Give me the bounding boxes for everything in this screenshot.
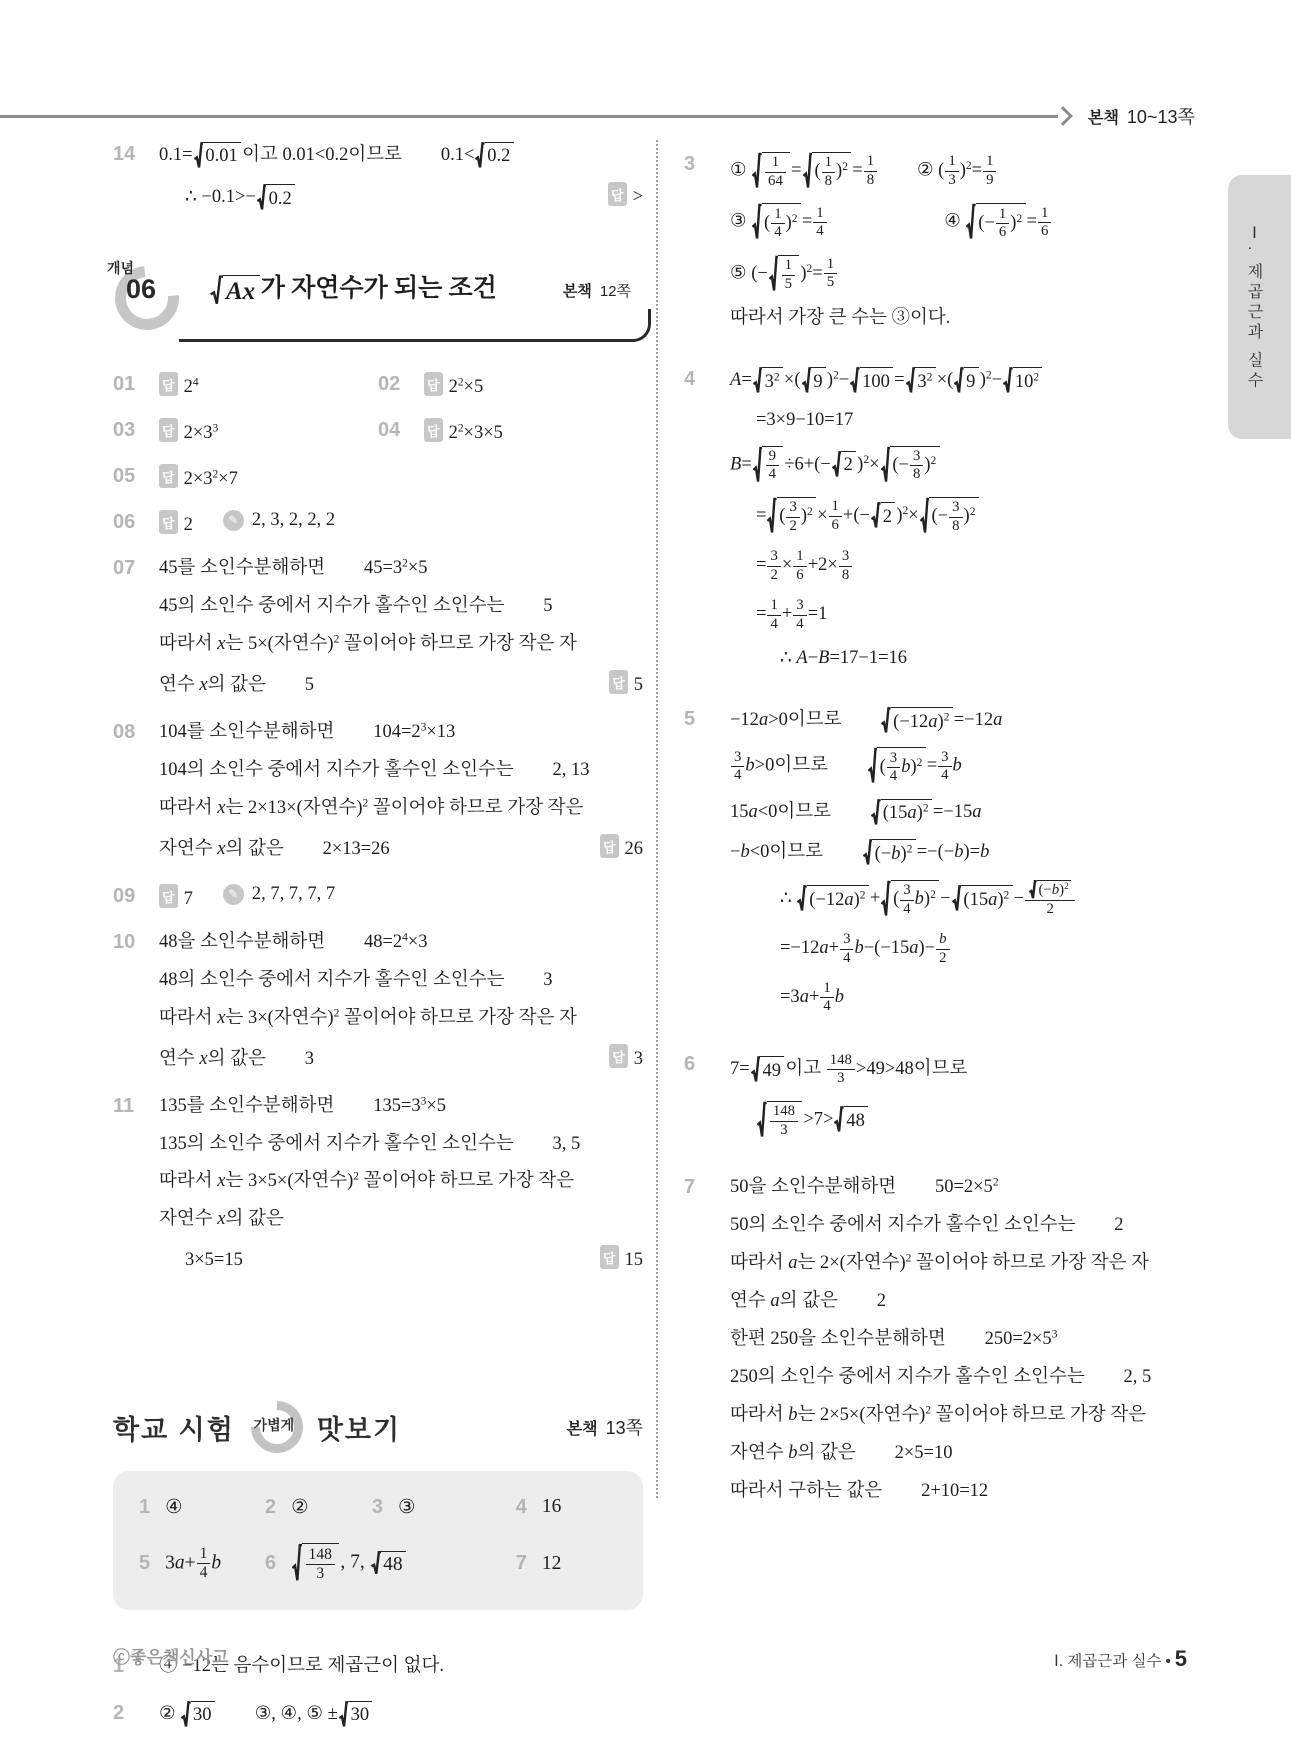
sqrt-expression: Ax [210, 275, 260, 306]
fraction: 38 [948, 499, 963, 535]
answer-value: > [633, 187, 643, 207]
radical-icon [920, 497, 930, 535]
solution-text: 250의 소인수 중에서 지수가 홀수인 소인수는2, 5 [730, 1365, 1151, 1390]
answer: 답5 [597, 670, 643, 698]
answer-badge: 답 [159, 464, 178, 488]
problem-number: 09 [113, 884, 159, 910]
vinculum: (15a)2 [961, 885, 1012, 912]
problem-7: 750을 소인수분해하면50=2×5250의 소인수 중에서 지수가 홀수인 소… [684, 1175, 1214, 1504]
fraction: 34 [899, 882, 914, 918]
short-answer-05: 05답2×32×7 [113, 464, 378, 490]
solution-body: ④ −12는 음수이므로 제곱근이 없다. [159, 1654, 643, 1679]
answer-badge: 답 [159, 884, 178, 908]
solution-line: 50의 소인수 중에서 지수가 홀수인 소인수는2 [730, 1213, 1214, 1238]
solution-line: 45의 소인수 중에서 지수가 홀수인 소인수는5 [159, 594, 643, 619]
sqrt-expression: 102 [1003, 367, 1042, 394]
radical-icon [753, 367, 763, 394]
concept-badge: 개념 06 [111, 260, 179, 328]
quick-answer-6: 61483, 7, 48 [265, 1543, 516, 1583]
quick-answer-value: 16 [542, 1496, 562, 1518]
answer-book-page: 본책 10~13쪽 Ⅰ. 제곱근과 실수 140.1=0.01이고 0.01<0… [0, 0, 1291, 1746]
radical-icon [753, 446, 763, 484]
answer-value: 26 [625, 839, 644, 859]
fraction: 14 [812, 205, 827, 241]
fraction: 16 [828, 498, 843, 534]
footer-section: Ⅰ. 제곱근과 실수 [1054, 1653, 1161, 1670]
problem-number: 7 [684, 1175, 730, 1504]
solution-line: ① 164=(18)2=18② (13)2=19 [730, 152, 1214, 190]
concept-title: Ax가 자연수가 되는 조건 [209, 268, 497, 306]
problem-number: 03 [113, 418, 159, 444]
radical-icon [797, 885, 807, 912]
vinculum: (18)2 [812, 152, 851, 190]
solution-text: 자연수 x의 값은2×13=26 [159, 837, 390, 862]
sqrt-expression: 9 [954, 367, 978, 394]
problem-number: 5 [139, 1552, 150, 1575]
quick-answer-box: 1④2②3③416 53a+14b61483, 7, 48712 [113, 1471, 643, 1609]
solution-line: 50을 소인수분해하면50=2×52 [730, 1175, 1214, 1200]
radical-icon [802, 367, 812, 394]
solution-text: 따라서 가장 큰 수는 ③이다. [730, 306, 950, 331]
problem-number: 10 [113, 930, 159, 1072]
problem-number: 7 [516, 1552, 527, 1575]
solution-line: ∴ −0.1>−0.2답> [159, 182, 643, 211]
solution-text: 48의 소인수 중에서 지수가 홀수인 소인수는3 [159, 968, 553, 993]
problem-number: 14 [113, 142, 159, 212]
answer: 답> [596, 182, 643, 210]
solution-text: 104의 소인수 중에서 지수가 홀수인 소인수는2, 13 [159, 758, 590, 783]
solution-text: B=94÷6+(−2)2×(−38)2 [730, 446, 941, 484]
radical-icon [181, 1701, 191, 1728]
answer-badge: 답 [159, 418, 178, 442]
sqrt-expression: 15 [769, 255, 800, 293]
vinculum: (15a)2 [881, 799, 932, 826]
radical-icon [832, 451, 842, 478]
problem-number: 4 [684, 367, 730, 671]
radical-icon [881, 880, 891, 918]
answer-badge: 답 [600, 834, 619, 858]
fraction: 164 [764, 154, 787, 190]
solution-line: 따라서 x는 2×13×(자연수)2 꼴이어야 하므로 가장 작은 [159, 796, 643, 821]
solution-line: 48의 소인수 중에서 지수가 홀수인 소인수는3 [159, 968, 643, 993]
problem-number: 2 [265, 1496, 276, 1519]
sqrt-expression: 9 [802, 367, 826, 394]
solution-body: 104를 소인수분해하면104=23×13104의 소인수 중에서 지수가 홀수… [159, 720, 643, 862]
footer-bullet: • [1165, 1653, 1170, 1670]
solution-line: 따라서 x는 3×(자연수)2 꼴이어야 하므로 가장 작은 자 [159, 1006, 643, 1031]
solution-line: =(32)2×16+(−2)2×(−38)2 [730, 497, 1214, 535]
solution-line: 따라서 x는 3×5×(자연수)2 꼴이어야 하므로 가장 작은 [159, 1169, 643, 1194]
radical-icon [834, 1106, 844, 1133]
short-answer-row: 06답2✎2, 3, 2, 2, 2 [113, 510, 643, 536]
fraction: (−b)22 [1024, 880, 1076, 918]
solution-text: 따라서 a는 2×(자연수)2 꼴이어야 하므로 가장 작은 자 [730, 1251, 1149, 1276]
solution-line: 3×5=15답15 [159, 1245, 643, 1273]
school-exam-page-ref: 본책 13쪽 [567, 1414, 643, 1440]
radical-icon [371, 1551, 381, 1576]
quick-answer-value: ② [291, 1495, 308, 1519]
solution-text: 연수 a의 값은2 [730, 1289, 886, 1314]
quick-answer-row: 1④2②3③416 [139, 1495, 617, 1519]
radical-icon [871, 799, 881, 826]
problem-3: 3① 164=(18)2=18② (13)2=19③ (14)2=14④ (−1… [684, 152, 1214, 331]
quick-answer-value: 1483, 7, 48 [291, 1543, 407, 1583]
problem-number: 2 [113, 1701, 159, 1728]
vinculum: 100 [860, 367, 893, 394]
answer-badge: 답 [424, 372, 443, 396]
problem-11: 11135를 소인수분해하면135=33×5135의 소인수 중에서 지수가 홀… [113, 1094, 643, 1274]
right-solutions-list: 3① 164=(18)2=18② (13)2=19③ (14)2=14④ (−1… [684, 152, 1214, 1504]
radical-icon [1029, 880, 1037, 900]
problem-number: 6 [265, 1552, 276, 1575]
concept-header-rule [179, 309, 651, 342]
solution-text: 45를 소인수분해하면45=32×5 [159, 556, 428, 581]
solution-text: 135의 소인수 중에서 지수가 홀수인 소인수는3, 5 [159, 1132, 580, 1157]
sqrt-expression: 164 [752, 152, 790, 190]
sqrt-expression: 32 [753, 367, 783, 394]
radical-icon [769, 255, 779, 293]
radical-icon [966, 203, 976, 241]
fraction: 18 [821, 154, 836, 190]
solution-line: 15a<0이므로(15a)2=−15a [730, 799, 1214, 826]
solution-text: ∴ (−12a)2+(34b)2−(15a)2−(−b)22 [780, 880, 1076, 918]
vinculum: (−16)2 [976, 203, 1025, 241]
solution-line: ④ −12는 음수이므로 제곱근이 없다. [159, 1654, 643, 1679]
solution-line: 따라서 구하는 값은2+10=12 [730, 1479, 1214, 1504]
fraction: 34 [792, 597, 807, 633]
solution-text: ② 30③, ④, ⑤ ±30 [159, 1701, 373, 1728]
problem-14: 140.1=0.01이고 0.01<0.2이므로0.1<0.2∴ −0.1>−0… [113, 142, 643, 212]
solution-line: 따라서 가장 큰 수는 ③이다. [730, 306, 1214, 331]
radical-icon [868, 747, 878, 785]
solution-line: 104를 소인수분해하면104=23×13 [159, 720, 643, 745]
radical-icon [339, 1701, 349, 1728]
solution-body: 135를 소인수분해하면135=33×5135의 소인수 중에서 지수가 홀수인… [159, 1094, 643, 1274]
problem-10: 1048을 소인수분해하면48=24×348의 소인수 중에서 지수가 홀수인 … [113, 930, 643, 1072]
header-rule [0, 115, 1058, 118]
radical-icon [475, 142, 485, 169]
solution-text: −b<0이므로(−b)2=−(−b)=b [730, 839, 989, 866]
solution-text: 3×5=15 [185, 1248, 243, 1273]
short-answer-04: 04답22×3×5 [378, 418, 643, 444]
solution-text: 15a<0이므로(15a)2=−15a [730, 799, 982, 826]
vinculum: 0.2 [266, 184, 295, 211]
problem-08: 08104를 소인수분해하면104=23×13104의 소인수 중에서 지수가 … [113, 720, 643, 862]
solution-line: 34b>0이므로(34b)2=34b [730, 747, 1214, 785]
solution-text: 따라서 x는 2×13×(자연수)2 꼴이어야 하므로 가장 작은 [159, 796, 583, 821]
fraction: 14 [766, 597, 781, 633]
footer-page-number: 5 [1175, 1646, 1187, 1671]
solution-text: 7=49이고 1483>49>48이므로 [730, 1052, 967, 1088]
concept-number: 06 [126, 274, 156, 305]
solution-line: =3a+14b [730, 980, 1214, 1016]
sqrt-expression: 30 [339, 1701, 373, 1728]
radical-icon [767, 497, 777, 535]
fraction: 18 [863, 153, 878, 189]
solution-line: 48을 소인수분해하면48=24×3 [159, 930, 643, 955]
vinculum: 102 [1013, 367, 1043, 394]
fraction: 14 [770, 206, 785, 242]
vinculum: 164 [762, 152, 790, 190]
short-answer-06: 06답2✎2, 3, 2, 2, 2 [113, 510, 643, 536]
publisher-logo: ⓒ좋은책신사고 [113, 1643, 229, 1668]
solution-line: A=32×(9)2−100=32×(9)2−102 [730, 367, 1214, 394]
radical-icon [210, 275, 223, 306]
solution-line: 7=49이고 1483>49>48이므로 [730, 1052, 1214, 1088]
sqrt-expression: (14)2 [752, 203, 801, 241]
concept-ref-pages: 12쪽 [600, 283, 631, 300]
solution-line: −12a>0이므로(−12a)2=−12a [730, 707, 1214, 734]
fraction: 34 [886, 750, 901, 786]
short-answer-row: 03답2×3304답22×3×5 [113, 418, 643, 444]
solution-text: 1483>7>48 [756, 1101, 869, 1139]
fraction: 15 [781, 257, 796, 293]
quick-answer-7: 712 [516, 1552, 617, 1575]
header-ref-bold: 본책 [1088, 110, 1119, 127]
vinculum: (−38)2 [890, 446, 939, 484]
short-answer-row: 05답2×32×7 [113, 464, 643, 490]
radical-icon [871, 502, 881, 529]
answer-badge: 답 [608, 182, 627, 206]
problem-number: 02 [378, 372, 424, 398]
solution-line: 45를 소인수분해하면45=32×5 [159, 556, 643, 581]
vinculum: 30 [191, 1701, 215, 1728]
solution-text: 따라서 구하는 값은2+10=12 [730, 1479, 988, 1504]
solution-text: ③ (14)2=14④ (−16)2=16 [730, 203, 1052, 241]
concept-header: 개념 06 Ax가 자연수가 되는 조건 본책 12쪽 [113, 256, 643, 342]
problem-2: 2② 30③, ④, ⑤ ±30 [113, 1701, 643, 1728]
solution-line: 연수 x의 값은5답5 [159, 670, 643, 698]
problem-14-solution: 140.1=0.01이고 0.01<0.2이므로0.1<0.2∴ −0.1>−0… [113, 142, 643, 212]
sqrt-expression: (34b)2 [868, 747, 926, 785]
vinculum: 32 [762, 367, 783, 394]
vinculum: 0.2 [485, 142, 514, 169]
radical-icon [751, 1056, 761, 1083]
solution-line: =32×16+2×38 [730, 548, 1214, 584]
school-exam-arc: 가볍게 [249, 1399, 305, 1455]
solution-text: 한편 250을 소인수분해하면250=2×53 [730, 1327, 1057, 1352]
solution-text: 연수 x의 값은3 [159, 1047, 314, 1072]
sqrt-expression: (−12a)2 [797, 885, 868, 912]
solution-body: 7=49이고 1483>49>48이므로1483>7>48 [730, 1052, 1214, 1139]
fraction: 1483 [769, 1103, 799, 1139]
sqrt-expression: 32 [906, 367, 936, 394]
school-exam-title-b: 맛보기 [317, 1408, 401, 1447]
quick-answer-5: 53a+14b [139, 1545, 265, 1583]
solution-body: 45를 소인수분해하면45=32×545의 소인수 중에서 지수가 홀수인 소인… [159, 556, 643, 698]
solution-body: ① 164=(18)2=18② (13)2=19③ (14)2=14④ (−16… [730, 152, 1214, 331]
quick-answer-value: ③ [398, 1495, 415, 1519]
solution-line: ∴ A−B=17−1=16 [730, 646, 1214, 671]
solution-text: 34b>0이므로(34b)2=34b [730, 747, 962, 785]
vinculum: 1483 [302, 1543, 339, 1583]
pencil-note: 2, 7, 7, 7, 7 [252, 884, 335, 910]
problem-07: 0745를 소인수분해하면45=32×545의 소인수 중에서 지수가 홀수인 … [113, 556, 643, 698]
short-answer-value: 답2×33 [159, 418, 218, 444]
sqrt-expression: 1483 [757, 1101, 802, 1139]
fraction: 38 [909, 448, 924, 484]
short-answer-value: 답24 [159, 372, 199, 398]
sqrt-expression: (34b)2 [881, 880, 939, 918]
sqrt-expression: 48 [834, 1106, 868, 1133]
sqrt-expression: 48 [371, 1551, 406, 1576]
solution-text: 45의 소인수 중에서 지수가 홀수인 소인수는5 [159, 594, 553, 619]
sqrt-expression: (−38)2 [920, 497, 979, 535]
solution-body: 0.1=0.01이고 0.01<0.2이므로0.1<0.2∴ −0.1>−0.2… [159, 142, 643, 212]
answer-value: 15 [625, 1250, 644, 1270]
solution-text: A=32×(9)2−100=32×(9)2−102 [730, 367, 1043, 394]
problem-number: 04 [378, 418, 424, 444]
answer: 답15 [588, 1245, 643, 1273]
vinculum: 9 [811, 367, 826, 394]
solution-text: ① 164=(18)2=18② (13)2=19 [730, 152, 997, 190]
fraction: 94 [765, 448, 780, 484]
school-exam-ref-pages: 13쪽 [606, 1418, 643, 1438]
solution-text: =3a+14b [780, 980, 844, 1016]
sqrt-expression: 2 [832, 451, 856, 478]
problem-number: 4 [516, 1496, 527, 1519]
sqrt-expression: (18)2 [803, 152, 852, 190]
problem-number: 11 [113, 1094, 159, 1274]
solution-text: =14+34=1 [756, 597, 827, 633]
sqrt-expression: 2 [871, 502, 895, 529]
solution-text: 50의 소인수 중에서 지수가 홀수인 소인수는2 [730, 1213, 1124, 1238]
school-exam-ref-bold: 본책 [567, 1421, 598, 1438]
short-answer-value: 답22×3×5 [424, 418, 503, 444]
sqrt-expression: 0.2 [257, 184, 295, 211]
fraction: 16 [995, 206, 1010, 242]
vinculum: 0.01 [203, 142, 241, 169]
fraction: 14 [196, 1545, 212, 1583]
solution-body: 48을 소인수분해하면48=24×348의 소인수 중에서 지수가 홀수인 소인… [159, 930, 643, 1072]
pencil-note: 2, 3, 2, 2, 2 [252, 510, 335, 536]
problem-number: 07 [113, 556, 159, 698]
radical-icon [752, 152, 762, 190]
sqrt-expression: 0.2 [475, 142, 513, 169]
solution-line: 135의 소인수 중에서 지수가 홀수인 소인수는3, 5 [159, 1132, 643, 1157]
vinculum: 48 [844, 1106, 868, 1133]
solution-text: 0.1=0.01이고 0.01<0.2이므로0.1<0.2 [159, 142, 515, 169]
sqrt-expression: (−16)2 [966, 203, 1025, 241]
solution-text: =−12a+34b−(−15a)−b2 [780, 931, 951, 967]
radical-icon [952, 885, 962, 912]
fraction: 14 [819, 980, 834, 1016]
solution-line: 1483>7>48 [730, 1101, 1214, 1139]
solution-line: =3×9−10=17 [730, 408, 1214, 433]
problem-number: 08 [113, 720, 159, 862]
short-answer-03: 03답2×33 [113, 418, 378, 444]
sqrt-expression: (−b)2 [863, 839, 916, 866]
column-divider [656, 140, 658, 1498]
solution-text: 자연수 x의 값은 [159, 1207, 284, 1232]
solution-line: ③ (14)2=14④ (−16)2=16 [730, 203, 1214, 241]
short-answer-row: 09답7✎2, 7, 7, 7, 7 [113, 884, 643, 910]
answer-value: 3 [634, 1049, 643, 1069]
short-answer-row: 01답2402답22×5 [113, 372, 643, 398]
concept-ref-bold: 본책 [563, 283, 592, 300]
concept-page-ref: 본책 12쪽 [563, 280, 631, 301]
problem-number: 01 [113, 372, 159, 398]
fraction: 34 [839, 931, 854, 967]
solution-text: 따라서 b는 2×5×(자연수)2 꼴이어야 하므로 가장 작은 [730, 1403, 1146, 1428]
solution-line: B=94÷6+(−2)2×(−38)2 [730, 446, 1214, 484]
fraction: 32 [766, 548, 781, 584]
vinculum: (14)2 [762, 203, 801, 241]
chapter-side-tab: Ⅰ. 제곱근과 실수 [1228, 175, 1291, 439]
solution-text: =32×16+2×38 [756, 548, 853, 584]
solution-line: 한편 250을 소인수분해하면250=2×53 [730, 1327, 1214, 1352]
solution-text: 104를 소인수분해하면104=23×13 [159, 720, 455, 745]
vinculum: (32)2 [777, 497, 816, 535]
vinculum: 94 [762, 446, 783, 484]
radical-icon [850, 367, 860, 394]
concept-solutions-list: 01답2402답22×503답2×3304답22×3×505답2×32×706답… [113, 372, 643, 1273]
vinculum: (−12a)2 [807, 885, 869, 912]
short-answer-value: 답2 [159, 510, 193, 536]
radical-icon [1003, 367, 1013, 394]
radical-icon [906, 367, 916, 394]
problem-number: 05 [113, 464, 159, 490]
vinculum: (34b)2 [891, 880, 939, 918]
solution-line: =14+34=1 [730, 597, 1214, 633]
solution-text: ∴ A−B=17−1=16 [780, 646, 907, 671]
vinculum: 32 [915, 367, 936, 394]
school-exam-title-mid: 가볍게 [243, 1399, 305, 1451]
header-ref-pages: 10~13쪽 [1127, 107, 1195, 127]
solution-line: 따라서 x는 5×(자연수)2 꼴이어야 하므로 가장 작은 자 [159, 632, 643, 657]
sqrt-expression: (−12a)2 [881, 707, 952, 734]
vinculum: (−12a)2 [891, 707, 953, 734]
solution-text: 따라서 x는 3×5×(자연수)2 꼴이어야 하므로 가장 작은 [159, 1169, 574, 1194]
problem-5: 5−12a>0이므로(−12a)2=−12a34b>0이므로(34b)2=34b… [684, 707, 1214, 1016]
solution-line: ∴ (−12a)2+(34b)2−(15a)2−(−b)22 [730, 880, 1214, 918]
pencil-icon: ✎ [223, 884, 244, 905]
solution-line: 자연수 b의 값은2×5=10 [730, 1441, 1214, 1466]
answer: 답3 [597, 1044, 643, 1072]
fraction: 19 [982, 153, 997, 189]
radical-icon [881, 446, 891, 484]
school-exam-header: 학교 시험 가볍게 맛보기 본책 13쪽 [113, 1397, 643, 1457]
vinculum: 9 [964, 367, 979, 394]
left-column: 140.1=0.01이고 0.01<0.2이므로0.1<0.2∴ −0.1>−0… [113, 142, 643, 1746]
radical-icon [194, 142, 204, 169]
short-answer-value: 답22×5 [424, 372, 483, 398]
solution-line: 자연수 x의 값은2×13=26답26 [159, 834, 643, 862]
chapter-side-tab-label: Ⅰ. 제곱근과 실수 [1242, 223, 1265, 391]
radical-icon [881, 707, 891, 734]
quick-answer-value: ④ [165, 1495, 182, 1519]
quick-answer-2: 2② [265, 1495, 372, 1519]
answer-badge: 답 [424, 418, 443, 442]
arrow-right-icon [1053, 106, 1073, 126]
answer-value: 5 [634, 675, 643, 695]
radical-icon [752, 203, 762, 241]
solution-text: 연수 x의 값은5 [159, 673, 314, 698]
quick-answer-1: 1④ [139, 1495, 265, 1519]
solution-line: 250의 소인수 중에서 지수가 홀수인 소인수는2, 5 [730, 1365, 1214, 1390]
vinculum: Ax [223, 275, 260, 306]
fraction: 38 [838, 548, 853, 584]
fraction: 13 [944, 153, 959, 189]
pencil-icon: ✎ [223, 510, 244, 531]
right-column: 3① 164=(18)2=18② (13)2=19③ (14)2=14④ (−1… [684, 152, 1214, 1540]
vinculum: (−38)2 [929, 497, 978, 535]
sqrt-expression: (−38)2 [881, 446, 940, 484]
vinculum: 1483 [767, 1101, 803, 1139]
vinculum: 30 [348, 1701, 372, 1728]
quick-answer-value: 3a+14b [165, 1545, 221, 1583]
solution-line: 자연수 x의 값은 [159, 1207, 643, 1232]
